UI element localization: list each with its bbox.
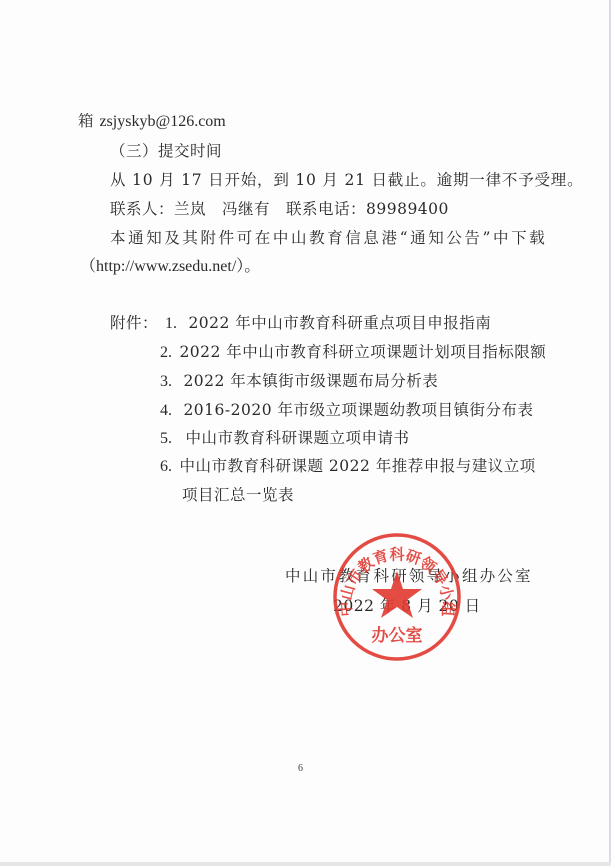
- email-line: 箱 zsjyskyb@126.com: [78, 111, 226, 132]
- stamp-center-text: 办公室: [372, 625, 423, 646]
- email-prefix: 箱: [78, 112, 94, 130]
- attachment-item-6-continued: 项目汇总一览表: [182, 485, 294, 505]
- attachment-item-6: 6. 中山市教育科研课题 2022 年推荐申报与建议立项: [160, 456, 536, 477]
- attachment-item-5: 5. 中山市教育科研课题立项申请书: [160, 428, 409, 449]
- attachments-label: 附件：: [110, 313, 158, 333]
- page-number: 6: [298, 763, 303, 774]
- signature-org: 中山市教育科研领导小组办公室: [285, 566, 533, 586]
- email-address: zsjyskyb@126.com: [99, 113, 225, 130]
- download-notice: 本通知及其附件可在中山教育信息港“通知公告”中下载: [110, 228, 547, 248]
- attachment-item-1: 1. 2022 年中山市教育科研重点项目申报指南: [165, 313, 491, 334]
- attachment-item-2: 2. 2022 年中山市教育科研立项课题计划项目指标限额: [160, 342, 546, 363]
- download-url: （http://www.zsedu.net/）。: [80, 257, 260, 277]
- document-page: 箱 zsjyskyb@126.com （三）提交时间 从 10 月 17 日开始…: [0, 0, 611, 862]
- deadline-text: 从 10 月 17 日开始，到 10 月 21 日截止。逾期一律不予受理。: [110, 170, 583, 190]
- attachment-item-3: 3. 2022 年本镇街市级课题布局分析表: [160, 371, 438, 392]
- signature-date: 2022 年 8 月 20 日: [333, 596, 481, 616]
- contacts-text: 联系人：兰岚 冯继有 联系电话：89989400: [110, 199, 449, 219]
- section-heading: （三）提交时间: [110, 141, 222, 161]
- attachment-item-4: 4. 2016-2020 年市级立项课题幼教项目镇街分布表: [160, 400, 534, 421]
